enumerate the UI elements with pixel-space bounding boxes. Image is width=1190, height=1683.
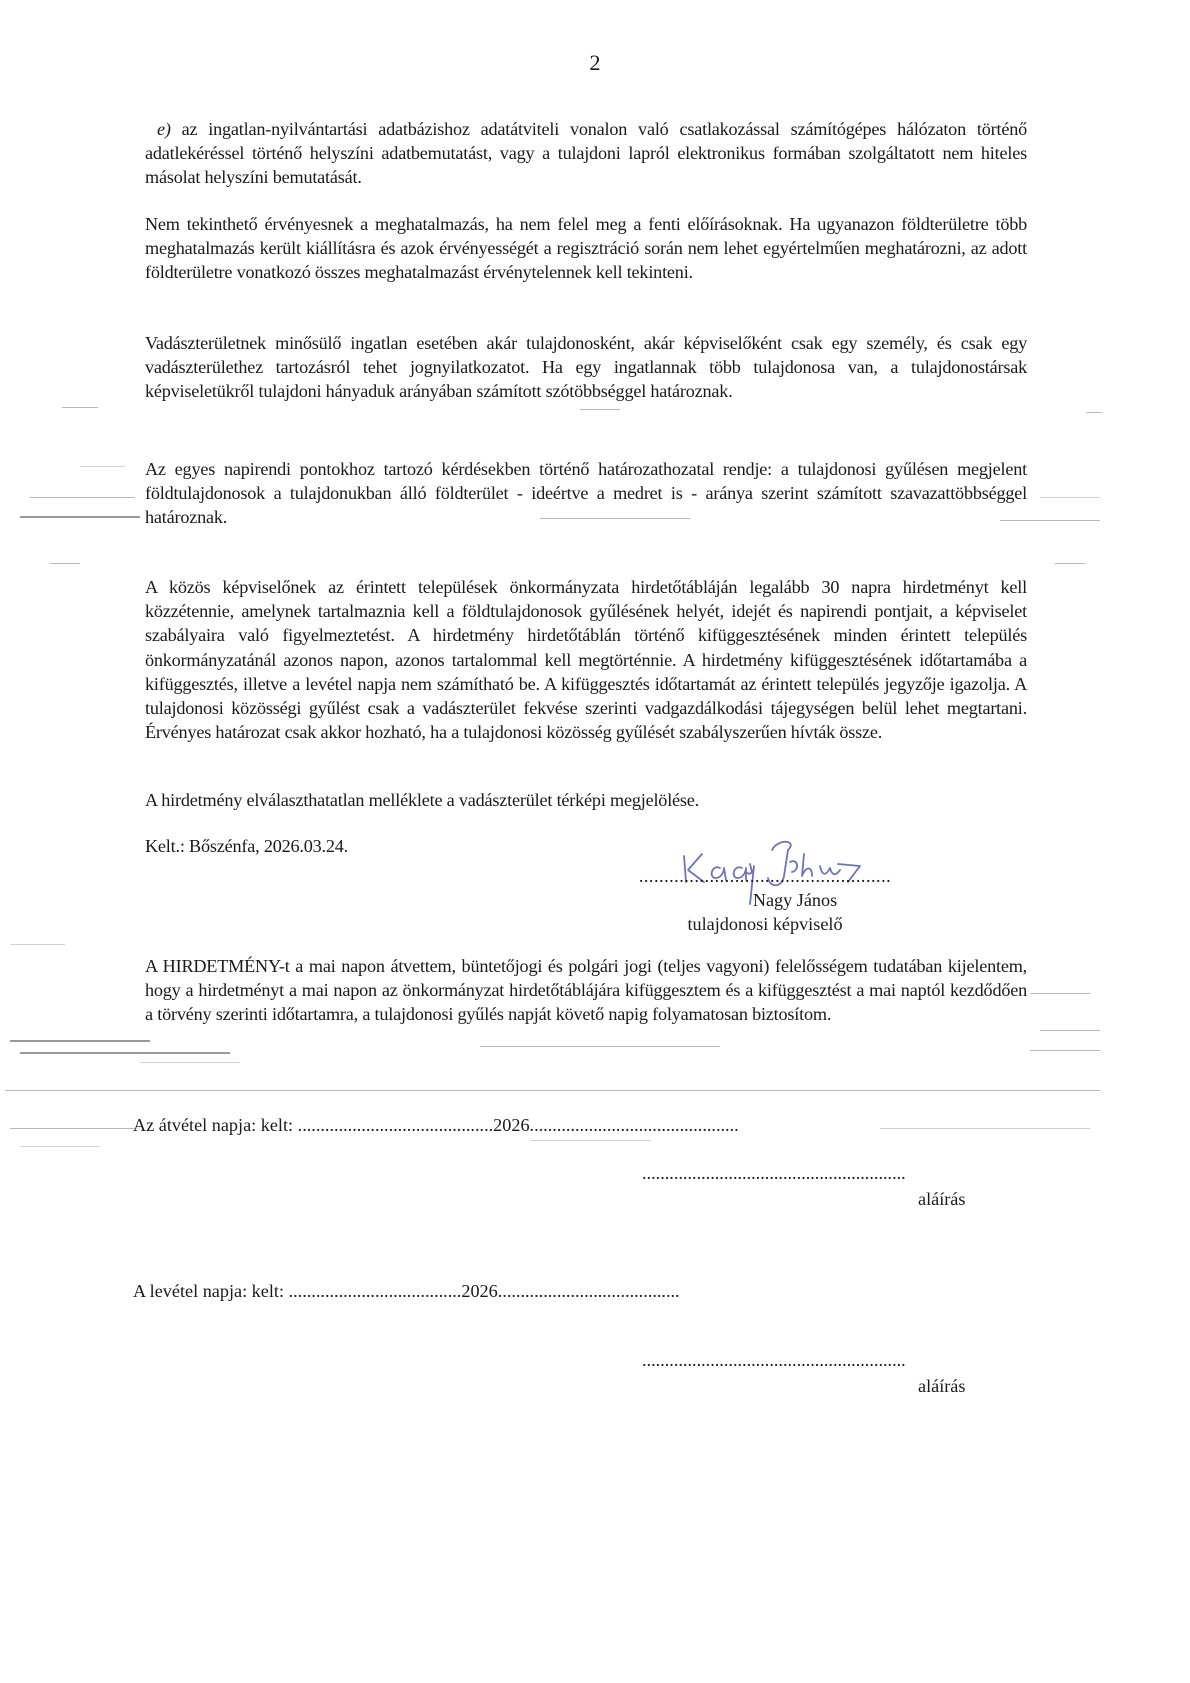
removal-signature-label: aláírás (918, 1376, 965, 1397)
removal-year: 2026 (461, 1281, 497, 1301)
receipt-date-label: Az átvétel napja: kelt: (133, 1115, 293, 1135)
date-line: Kelt.: Bőszénfa, 2026.03.24. (145, 834, 1027, 858)
receipt-dots-after: ........................................… (530, 1115, 739, 1135)
paragraph-e-item: e) az ingatlan-nyilvántartási adatbázish… (145, 117, 1027, 190)
removal-signature-line: ........................................… (642, 1350, 906, 1371)
removal-dots-after: ........................................ (498, 1281, 680, 1301)
receipt-year: 2026 (493, 1115, 529, 1135)
paragraph-receipt-declaration: A HIRDETMÉNY-t a mai napon átvettem, bün… (145, 954, 1027, 1027)
removal-date-label: A levétel napja: kelt: (133, 1281, 284, 1301)
page-number: 2 (0, 50, 1190, 76)
receipt-date-field: Az átvétel napja: kelt: ................… (133, 1115, 739, 1136)
receipt-signature-line: ........................................… (642, 1163, 906, 1184)
paragraph-hunting-area-declaration: Vadászterületnek minősülő ingatlan eseté… (145, 331, 1027, 404)
receipt-signature-label: aláírás (918, 1189, 965, 1210)
paragraph-public-notice: A közös képviselőnek az érintett települ… (145, 575, 1027, 744)
paragraph-authorization-validity: Nem tekinthető érvényesnek a meghatalmaz… (145, 212, 1027, 285)
removal-date-field: A levétel napja: kelt: .................… (133, 1281, 680, 1302)
signature-line: ........................................… (600, 864, 930, 888)
signatory-block: ........................................… (600, 864, 930, 936)
signatory-title: tulajdonosi képviselő (600, 912, 930, 936)
receipt-dots-before: ........................................… (298, 1115, 494, 1135)
removal-dots-before: ...................................... (289, 1281, 462, 1301)
signatory-name: Nagy János (600, 888, 930, 912)
paragraph-map-annex: A hirdetmény elválaszthatatlan melléklet… (145, 788, 1027, 812)
item-marker: e) (157, 119, 171, 139)
paragraph-text: az ingatlan-nyilvántartási adatbázishoz … (145, 119, 1027, 187)
